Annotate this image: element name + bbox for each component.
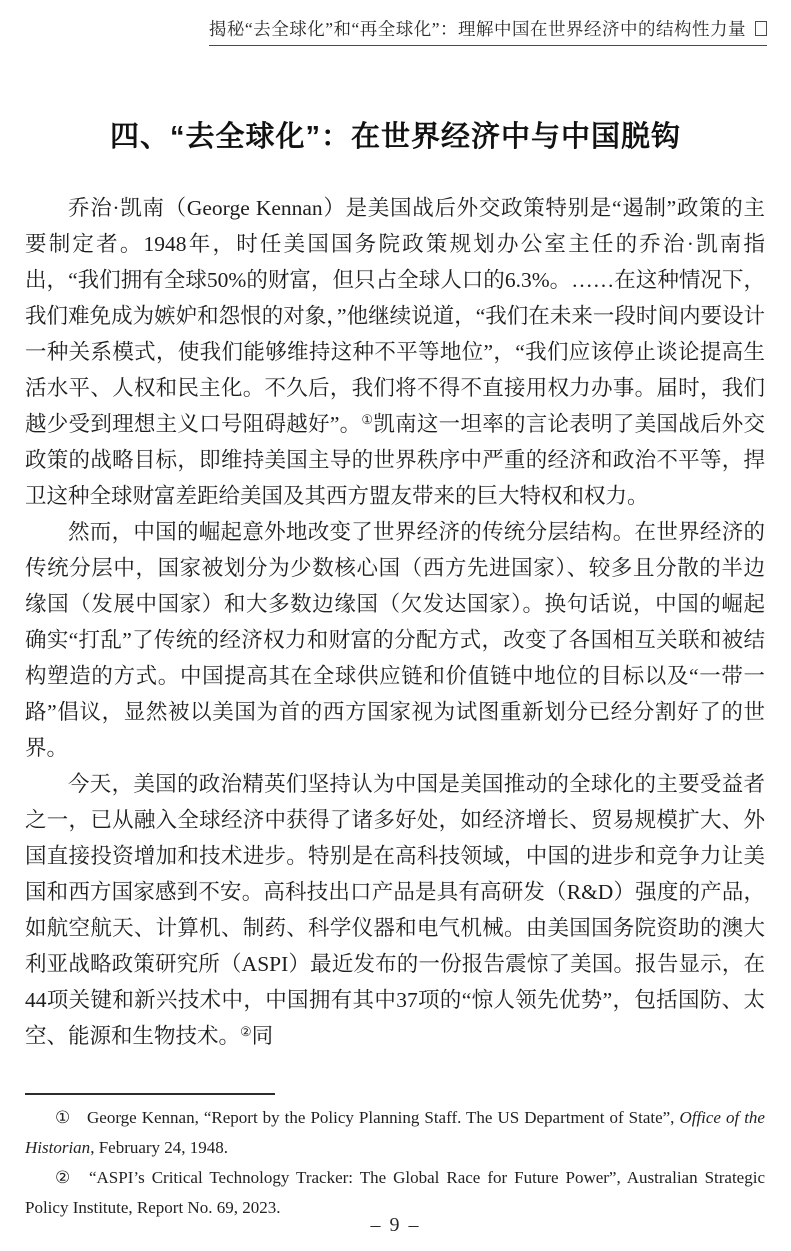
document-page: 揭秘“去全球化”和“再全球化”：理解中国在世界经济中的结构性力量 四、“去全球化… bbox=[0, 0, 791, 1251]
text-run: 同 bbox=[252, 1024, 274, 1048]
footnote-ref: ② bbox=[240, 1024, 252, 1039]
paragraph: 今天，美国的政治精英们坚持认为中国是美国推动的全球化的主要受益者之一，已从融入全… bbox=[25, 766, 765, 1054]
footnote-marker: ① bbox=[55, 1108, 71, 1127]
text-run: , February 24, 1948. bbox=[90, 1138, 228, 1157]
running-header-inner: 揭秘“去全球化”和“再全球化”：理解中国在世界经济中的结构性力量 bbox=[209, 16, 767, 46]
footnote-area: ①George Kennan, “Report by the Policy Pl… bbox=[25, 1093, 765, 1223]
section-title: 四、“去全球化”：在世界经济中与中国脱钩 bbox=[0, 114, 791, 155]
text-run: 然而，中国的崛起意外地改变了世界经济的传统分层结构。在世界经济的传统分层中，国家… bbox=[25, 520, 765, 760]
running-header-text: 揭秘“去全球化”和“再全球化”：理解中国在世界经济中的结构性力量 bbox=[209, 19, 746, 39]
text-run: 今天，美国的政治精英们坚持认为中国是美国推动的全球化的主要受益者之一，已从融入全… bbox=[25, 772, 765, 1048]
footnote-separator bbox=[25, 1093, 275, 1095]
footnotes: ①George Kennan, “Report by the Policy Pl… bbox=[25, 1103, 765, 1223]
body-text: 乔治·凯南（George Kennan）是美国战后外交政策特别是“遏制”政策的主… bbox=[25, 190, 765, 1054]
running-header: 揭秘“去全球化”和“再全球化”：理解中国在世界经济中的结构性力量 bbox=[209, 16, 767, 46]
text-run: “ASPI’s Critical Technology Tracker: The… bbox=[25, 1168, 765, 1217]
footnote: ①George Kennan, “Report by the Policy Pl… bbox=[25, 1103, 765, 1163]
paragraph: 乔治·凯南（George Kennan）是美国战后外交政策特别是“遏制”政策的主… bbox=[25, 190, 765, 514]
section-end-box-icon bbox=[755, 21, 767, 36]
text-run: 乔治·凯南（George Kennan）是美国战后外交政策特别是“遏制”政策的主… bbox=[25, 196, 765, 436]
footnote-ref: ① bbox=[361, 412, 373, 427]
footnote-marker: ② bbox=[55, 1168, 73, 1187]
text-run: George Kennan, “Report by the Policy Pla… bbox=[87, 1108, 679, 1127]
page-number: – 9 – bbox=[0, 1214, 791, 1237]
paragraph: 然而，中国的崛起意外地改变了世界经济的传统分层结构。在世界经济的传统分层中，国家… bbox=[25, 514, 765, 766]
